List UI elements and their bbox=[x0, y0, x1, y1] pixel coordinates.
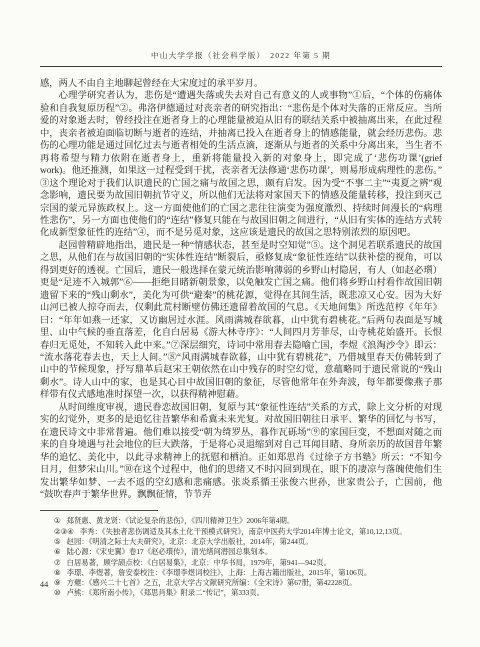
footnote: ⑧ 李璟、李煜著，詹安泰校注：《李璟李煜词校注》，上海：上海古籍出版社，2015… bbox=[54, 568, 442, 578]
footnote-label: ⑧ bbox=[54, 568, 61, 578]
footnote: ① 郑贤惠、黄龙贤：《试论复杂的悲伤》，《四川精神卫生》2006年第4期。 bbox=[54, 516, 442, 526]
footnote: ⑦ 白居易著，顾学颉点校：《白居易集》，北京：中华书局，1979年，第941—9… bbox=[54, 558, 442, 568]
footnote-text: 李秀：《失独者悲伤调适及其本土化干预模式研究》，南京中医药大学2014年博士论文… bbox=[80, 527, 442, 537]
paragraph: 从时间维度审视，遗民眷恋故国旧朝，复原与其“象征性连结”关系的方式，除上文分析的… bbox=[40, 402, 442, 502]
paragraph-continuation: 感，两人不由自主地聊起曾经在大宋度过的承平岁月。 bbox=[40, 78, 442, 90]
article-body: 感，两人不由自主地聊起曾经在大宋度过的承平岁月。 心理学研究者认为，悲伤是“遭遇… bbox=[40, 78, 442, 501]
paragraph: 心理学研究者认为，悲伤是“遭遇失落或失去对自己有意义的人或事物”①后，“个体的伤… bbox=[40, 90, 442, 239]
footnote-label: ⑨ bbox=[54, 578, 61, 588]
footnote-label: ⑦ bbox=[54, 558, 61, 568]
footnote-text: 卢熊：《郑所南小传》，《郑思肖集》附录二“传记”，第333页。 bbox=[67, 588, 442, 598]
footnote-label: ⑥ bbox=[54, 547, 61, 557]
footnote-text: 郑贤惠、黄龙贤：《试论复杂的悲伤》，《四川精神卫生》2006年第4期。 bbox=[67, 516, 442, 526]
page-number: 44 bbox=[40, 580, 48, 589]
footnote: ⑩ 卢熊：《郑所南小传》，《郑思肖集》附录二“传记”，第333页。 bbox=[54, 588, 442, 598]
journal-header: 中山大学学报（社会科学版） 2022 年第 5 期 bbox=[40, 0, 442, 61]
footnote-text: 陆心源：《宋史翼》卷17《赵必瓆传》，清光绪间潜园总集刻本。 bbox=[67, 547, 442, 557]
footnote-label: ⑤ bbox=[54, 537, 61, 547]
footnote-label: ②③④ bbox=[54, 527, 74, 537]
header-rule bbox=[40, 66, 442, 67]
footnote-label: ⑩ bbox=[54, 588, 61, 598]
footnote-separator bbox=[40, 510, 158, 511]
footnote: ②③④ 李秀：《失独者悲伤调适及其本土化干预模式研究》，南京中医药大学2014年… bbox=[54, 527, 442, 537]
footnote: ⑤ 赵园：《明清之际士大夫研究》，北京：北京大学出版社，2014年，第244页。 bbox=[54, 537, 442, 547]
footnote-text: 李璟、李煜著，詹安泰校注：《李璟李煜词校注》，上海：上海古籍出版社，2015年，… bbox=[67, 568, 442, 578]
footnote: ⑥ 陆心源：《宋史翼》卷17《赵必瓆传》，清光绪间潜园总集刻本。 bbox=[54, 547, 442, 557]
paragraph: 赵园曾精辟地指出，遗民是一种“情感状态，甚至是时空知觉”⑤。这个洞见若联系遗民的… bbox=[40, 240, 442, 402]
footnote-label: ① bbox=[54, 516, 61, 526]
footnote-list: ① 郑贤惠、黄龙贤：《试论复杂的悲伤》，《四川精神卫生》2006年第4期。 ②③… bbox=[40, 516, 442, 598]
footnote-text: 方夔：《感兴二十七首》之五，北京大学古文献研究所编：《全宋诗》第67册，第422… bbox=[67, 578, 442, 588]
page-content: 中山大学学报（社会科学版） 2022 年第 5 期 感，两人不由自主地聊起曾经在… bbox=[40, 0, 442, 599]
footnote-text: 赵园：《明清之际士大夫研究》，北京：北京大学出版社，2014年，第244页。 bbox=[67, 537, 442, 547]
footnote-text: 白居易著，顾学颉点校：《白居易集》，北京：中华书局，1979年，第941—942… bbox=[67, 558, 442, 568]
footnote: ⑨ 方夔：《感兴二十七首》之五，北京大学古文献研究所编：《全宋诗》第67册，第4… bbox=[54, 578, 442, 588]
journal-page: 中山大学学报（社会科学版） 2022 年第 5 期 感，两人不由自主地聊起曾经在… bbox=[0, 0, 480, 647]
